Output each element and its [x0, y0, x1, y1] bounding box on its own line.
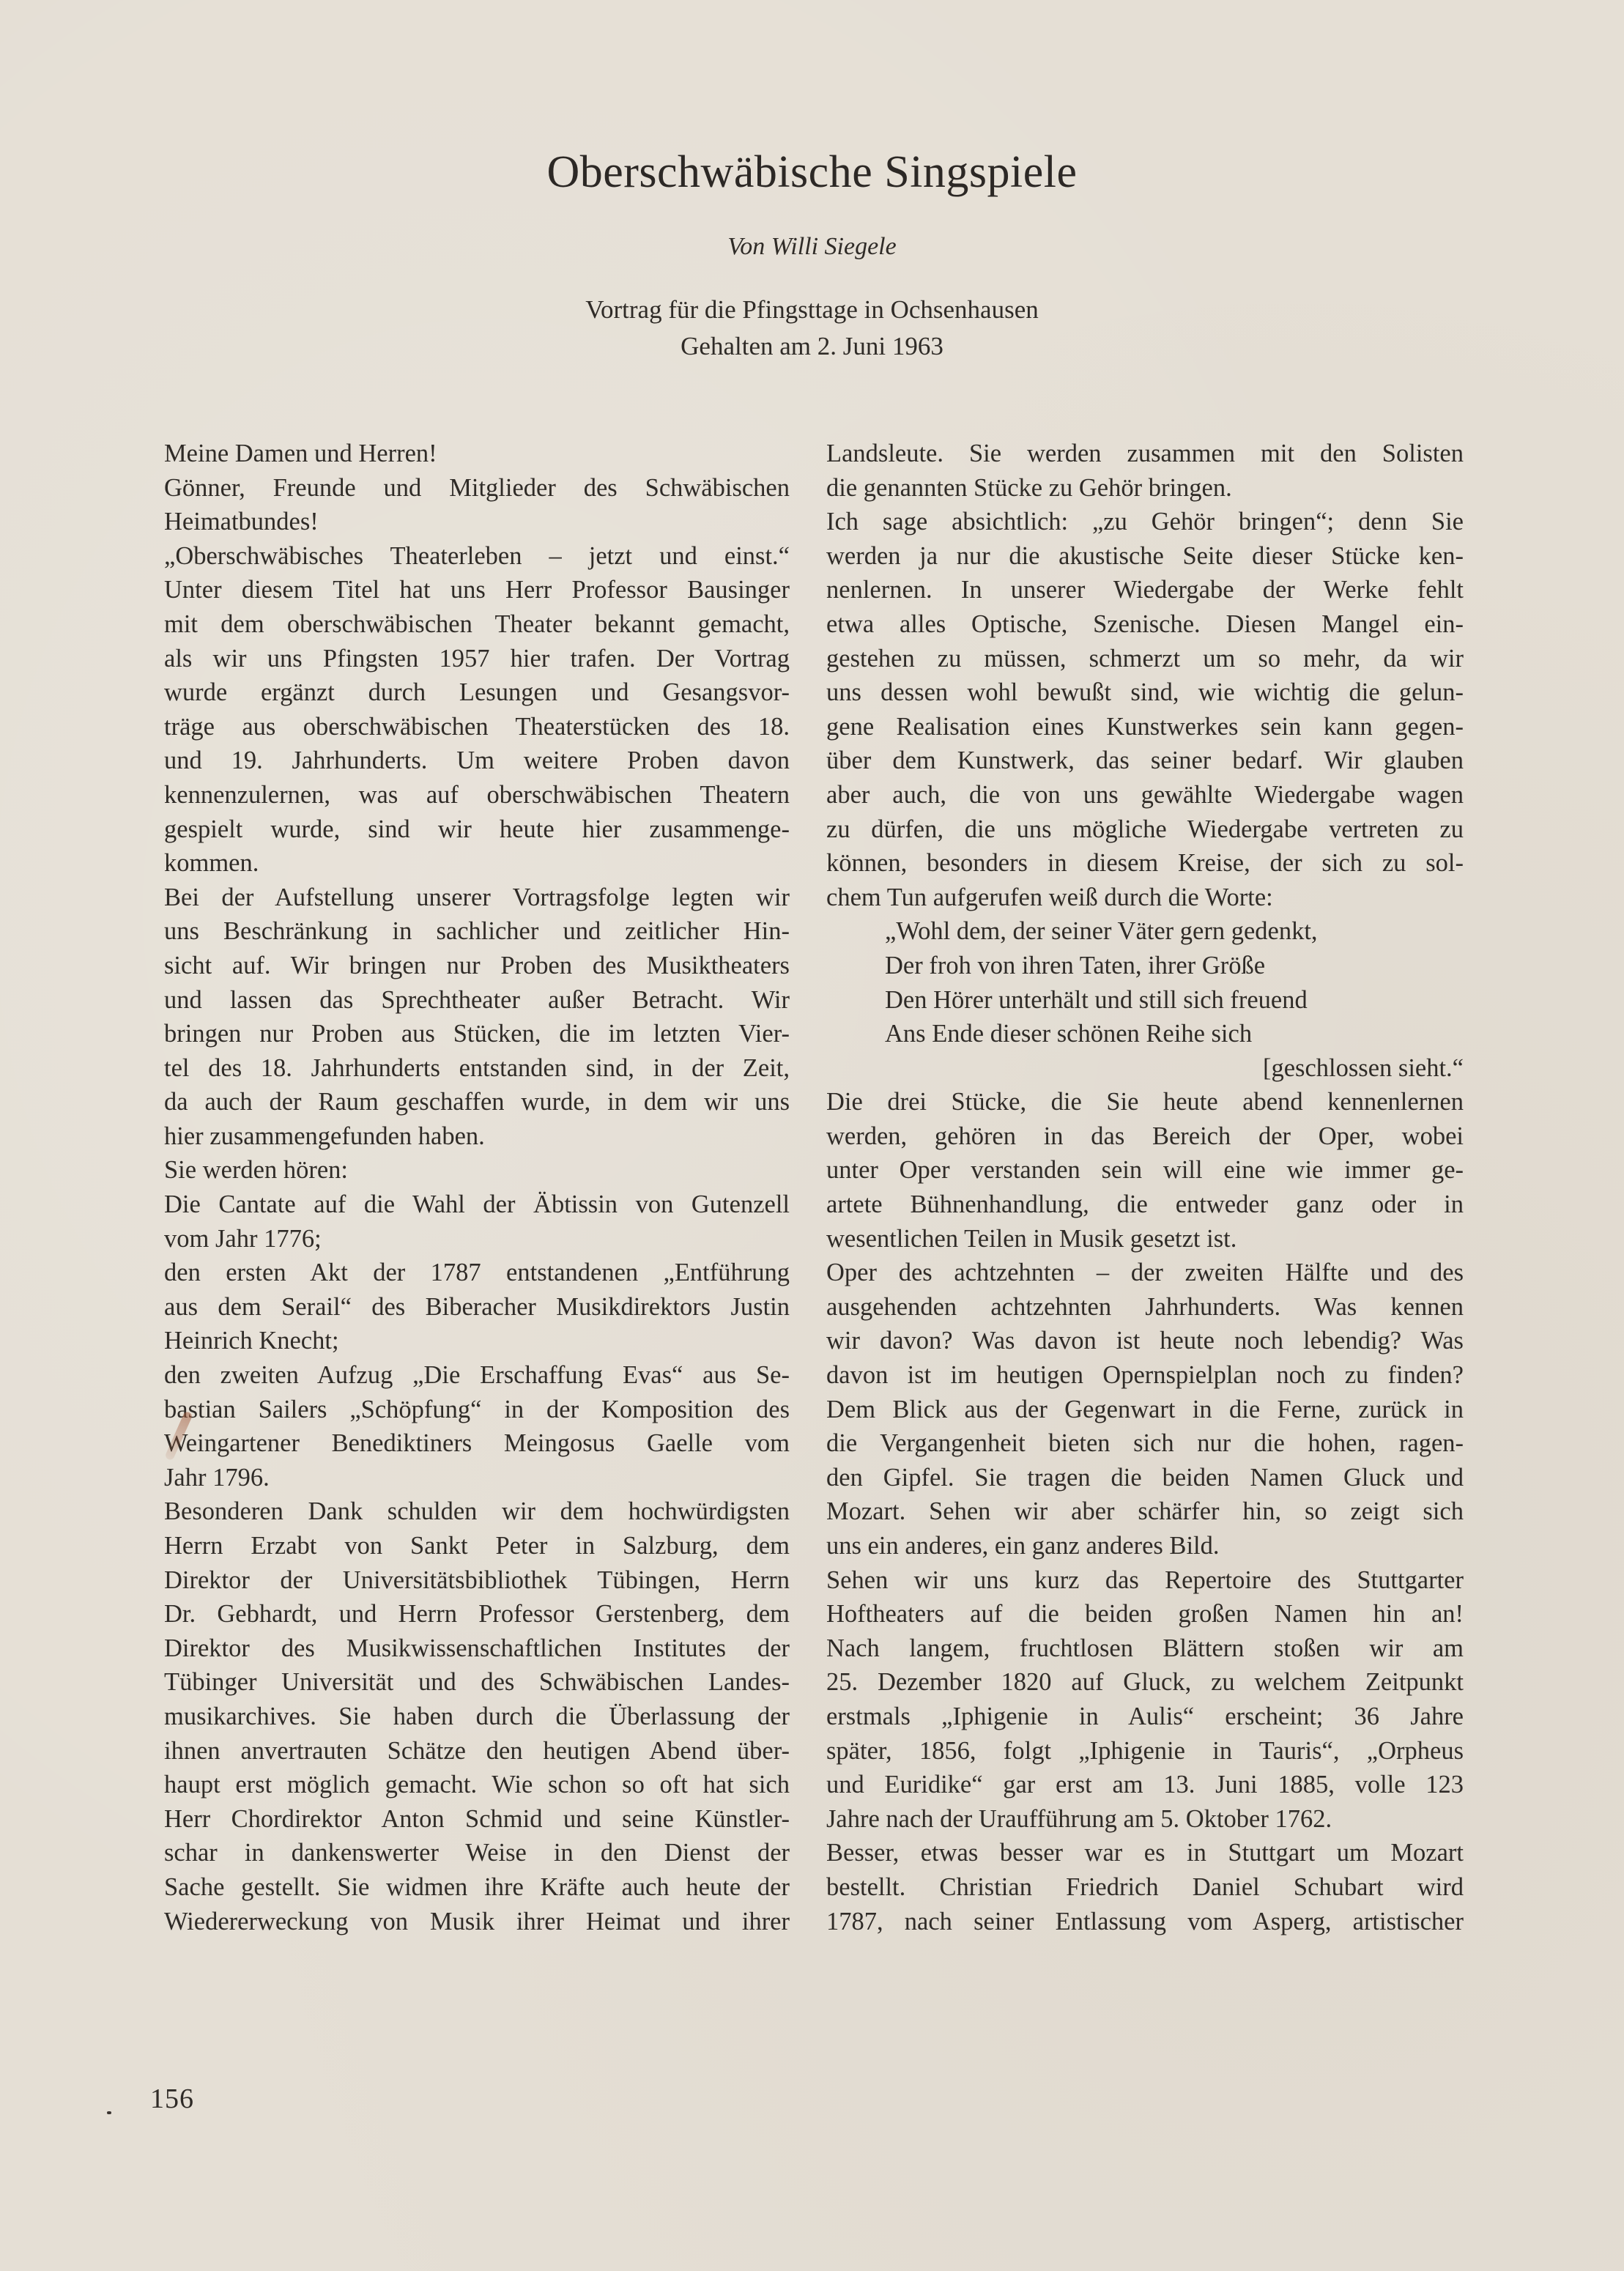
- text-line: den ersten Akt der 1787 entstandenen „En…: [164, 1256, 790, 1290]
- document-page: Oberschwäbische Singspiele Von Willi Sie…: [0, 0, 1624, 2271]
- text-line: die Vergangenheit bieten sich nur die ho…: [826, 1426, 1464, 1461]
- text-line: kennenzulernen, was auf oberschwäbischen…: [164, 778, 790, 812]
- text-line: die genannten Stücke zu Gehör bringen.: [826, 471, 1464, 505]
- text-line: zu dürfen, die uns mögliche Wiedergabe v…: [826, 812, 1464, 847]
- author-byline: Von Willi Siegele: [0, 233, 1624, 261]
- text-line: den zweiten Aufzug „Die Erschaffung Evas…: [164, 1358, 790, 1393]
- text-line: Herrn Erzabt von Sankt Peter in Salzburg…: [164, 1529, 790, 1563]
- text-line: bringen nur Proben aus Stücken, die im l…: [164, 1017, 790, 1051]
- text-line: unter Oper verstanden sein will eine wie…: [826, 1153, 1464, 1188]
- subtitle-line: Gehalten am 2. Juni 1963: [0, 328, 1624, 365]
- text-line: uns ein anderes, ein ganz anderes Bild.: [826, 1529, 1464, 1563]
- text-line: Jahre nach der Uraufführung am 5. Oktobe…: [826, 1802, 1464, 1837]
- text-line: den Gipfel. Sie tragen die beiden Namen …: [826, 1461, 1464, 1495]
- text-line: wurde ergänzt durch Lesungen und Gesangs…: [164, 675, 790, 710]
- text-line: Direktor der Universitätsbibliothek Tübi…: [164, 1563, 790, 1598]
- text-line: Sache gestellt. Sie widmen ihre Kräfte a…: [164, 1870, 790, 1905]
- text-line: chem Tun aufgerufen weiß durch die Worte…: [826, 881, 1464, 915]
- text-line: bestellt. Christian Friedrich Daniel Sch…: [826, 1870, 1464, 1905]
- text-line: sicht auf. Wir bringen nur Proben des Mu…: [164, 949, 790, 983]
- verse-line: Ans Ende dieser schönen Reihe sich: [826, 1017, 1464, 1051]
- text-line: etwa alles Optische, Szenische. Diesen M…: [826, 607, 1464, 642]
- subtitle-line: Vortrag für die Pfingsttage in Ochsenhau…: [0, 292, 1624, 328]
- text-line: gestehen zu müssen, schmerzt um so mehr,…: [826, 642, 1464, 676]
- text-line: Hoftheaters auf die beiden großen Namen …: [826, 1597, 1464, 1631]
- text-line: Die drei Stücke, die Sie heute abend ken…: [826, 1085, 1464, 1119]
- text-line: Unter diesem Titel hat uns Herr Professo…: [164, 573, 790, 607]
- text-line: Sie werden hören:: [164, 1153, 790, 1188]
- text-line: Bei der Aufstellung unserer Vortragsfolg…: [164, 881, 790, 915]
- text-line: Gönner, Freunde und Mitglieder des Schwä…: [164, 471, 790, 505]
- text-line: träge aus oberschwäbischen Theaterstücke…: [164, 710, 790, 744]
- text-line: werden, gehören in das Bereich der Oper,…: [826, 1119, 1464, 1154]
- text-line: da auch der Raum geschaffen wurde, in de…: [164, 1085, 790, 1119]
- text-line: wir davon? Was davon ist heute noch lebe…: [826, 1324, 1464, 1358]
- text-line: Meine Damen und Herren!: [164, 437, 790, 471]
- text-line: Mozart. Sehen wir aber schärfer hin, so …: [826, 1494, 1464, 1529]
- text-line: Sehen wir uns kurz das Repertoire des St…: [826, 1563, 1464, 1598]
- verse-line: [geschlossen sieht.“: [826, 1051, 1464, 1086]
- text-line: Dr. Gebhardt, und Herrn Professor Gerste…: [164, 1597, 790, 1631]
- text-line: kommen.: [164, 846, 790, 881]
- text-line: 25. Dezember 1820 auf Gluck, zu welchem …: [826, 1665, 1464, 1700]
- text-line: Direktor des Musikwissenschaftlichen Ins…: [164, 1631, 790, 1666]
- text-line: über dem Kunstwerk, das seiner bedarf. W…: [826, 744, 1464, 778]
- text-line: wesentlichen Teilen in Musik gesetzt ist…: [826, 1222, 1464, 1256]
- text-line: Heimatbundes!: [164, 505, 790, 539]
- page-title: Oberschwäbische Singspiele: [0, 147, 1624, 199]
- left-text-column: Meine Damen und Herren!Gönner, Freunde u…: [164, 437, 790, 1938]
- text-line: 1787, nach seiner Entlassung vom Asperg,…: [826, 1905, 1464, 1939]
- text-line: Nach langem, fruchtlosen Blättern stoßen…: [826, 1631, 1464, 1666]
- text-line: aber auch, die von uns gewählte Wiederga…: [826, 778, 1464, 812]
- text-line: artete Bühnenhandlung, die entweder ganz…: [826, 1188, 1464, 1222]
- text-line: tel des 18. Jahrhunderts entstanden sind…: [164, 1051, 790, 1086]
- text-line: Dem Blick aus der Gegenwart in die Ferne…: [826, 1393, 1464, 1427]
- verse-line: „Wohl dem, der seiner Väter gern gedenkt…: [826, 914, 1464, 949]
- text-line: später, 1856, folgt „Iphigenie in Tauris…: [826, 1734, 1464, 1768]
- text-line: Die Cantate auf die Wahl der Äbtissin vo…: [164, 1188, 790, 1222]
- text-line: aus dem Serail“ des Biberacher Musikdire…: [164, 1290, 790, 1325]
- text-line: Tübinger Universität und des Schwäbische…: [164, 1665, 790, 1700]
- page-number: 156: [150, 2083, 194, 2115]
- text-line: werden ja nur die akustische Seite diese…: [826, 539, 1464, 574]
- text-line: „Oberschwäbisches Theaterleben – jetzt u…: [164, 539, 790, 574]
- text-line: gespielt wurde, sind wir heute hier zusa…: [164, 812, 790, 847]
- verse-line: Den Hörer unterhält und still sich freue…: [826, 983, 1464, 1018]
- right-text-column: Landsleute. Sie werden zusammen mit den …: [826, 437, 1464, 1938]
- lecture-subtitle: Vortrag für die Pfingsttage in Ochsenhau…: [0, 292, 1624, 365]
- text-line: können, besonders in diesem Kreise, der …: [826, 846, 1464, 881]
- text-line: haupt erst möglich gemacht. Wie schon so…: [164, 1768, 790, 1802]
- text-line: Herr Chordirektor Anton Schmid und seine…: [164, 1802, 790, 1837]
- text-line: Weingartener Benediktiners Meingosus Gae…: [164, 1426, 790, 1461]
- text-line: musikarchives. Sie haben durch die Überl…: [164, 1700, 790, 1734]
- text-line: Besonderen Dank schulden wir dem hochwür…: [164, 1494, 790, 1529]
- text-line: uns Beschränkung in sachlicher und zeitl…: [164, 914, 790, 949]
- text-line: mit dem oberschwäbischen Theater bekannt…: [164, 607, 790, 642]
- text-line: Besser, etwas besser war es in Stuttgart…: [826, 1836, 1464, 1870]
- verse-line: Der froh von ihren Taten, ihrer Größe: [826, 949, 1464, 983]
- text-line: vom Jahr 1776;: [164, 1222, 790, 1256]
- text-line: und lassen das Sprechtheater außer Betra…: [164, 983, 790, 1018]
- text-line: Landsleute. Sie werden zusammen mit den …: [826, 437, 1464, 471]
- text-line: davon ist im heutigen Opernspielplan noc…: [826, 1358, 1464, 1393]
- text-line: ausgehenden achtzehnten Jahrhunderts. Wa…: [826, 1290, 1464, 1325]
- text-line: Ich sage absichtlich: „zu Gehör bringen“…: [826, 505, 1464, 539]
- text-line: und Euridike“ gar erst am 13. Juni 1885,…: [826, 1768, 1464, 1802]
- text-line: Jahr 1796.: [164, 1461, 790, 1495]
- text-line: nenlernen. In unserer Wiedergabe der Wer…: [826, 573, 1464, 607]
- paper-speck: [107, 2111, 111, 2114]
- text-line: Wiedererweckung von Musik ihrer Heimat u…: [164, 1905, 790, 1939]
- text-line: uns dessen wohl bewußt sind, wie wichtig…: [826, 675, 1464, 710]
- text-line: hier zusammengefunden haben.: [164, 1119, 790, 1154]
- text-line: und 19. Jahrhunderts. Um weitere Proben …: [164, 744, 790, 778]
- text-line: erstmals „Iphigenie in Aulis“ erscheint;…: [826, 1700, 1464, 1734]
- text-line: Oper des achtzehnten – der zweiten Hälft…: [826, 1256, 1464, 1290]
- text-line: gene Realisation eines Kunstwerkes sein …: [826, 710, 1464, 744]
- text-line: schar in dankenswerter Weise in den Dien…: [164, 1836, 790, 1870]
- text-line: als wir uns Pfingsten 1957 hier trafen. …: [164, 642, 790, 676]
- text-line: ihnen anvertrauten Schätze den heutigen …: [164, 1734, 790, 1768]
- text-line: Heinrich Knecht;: [164, 1324, 790, 1358]
- text-line: bastian Sailers „Schöpfung“ in der Kompo…: [164, 1393, 790, 1427]
